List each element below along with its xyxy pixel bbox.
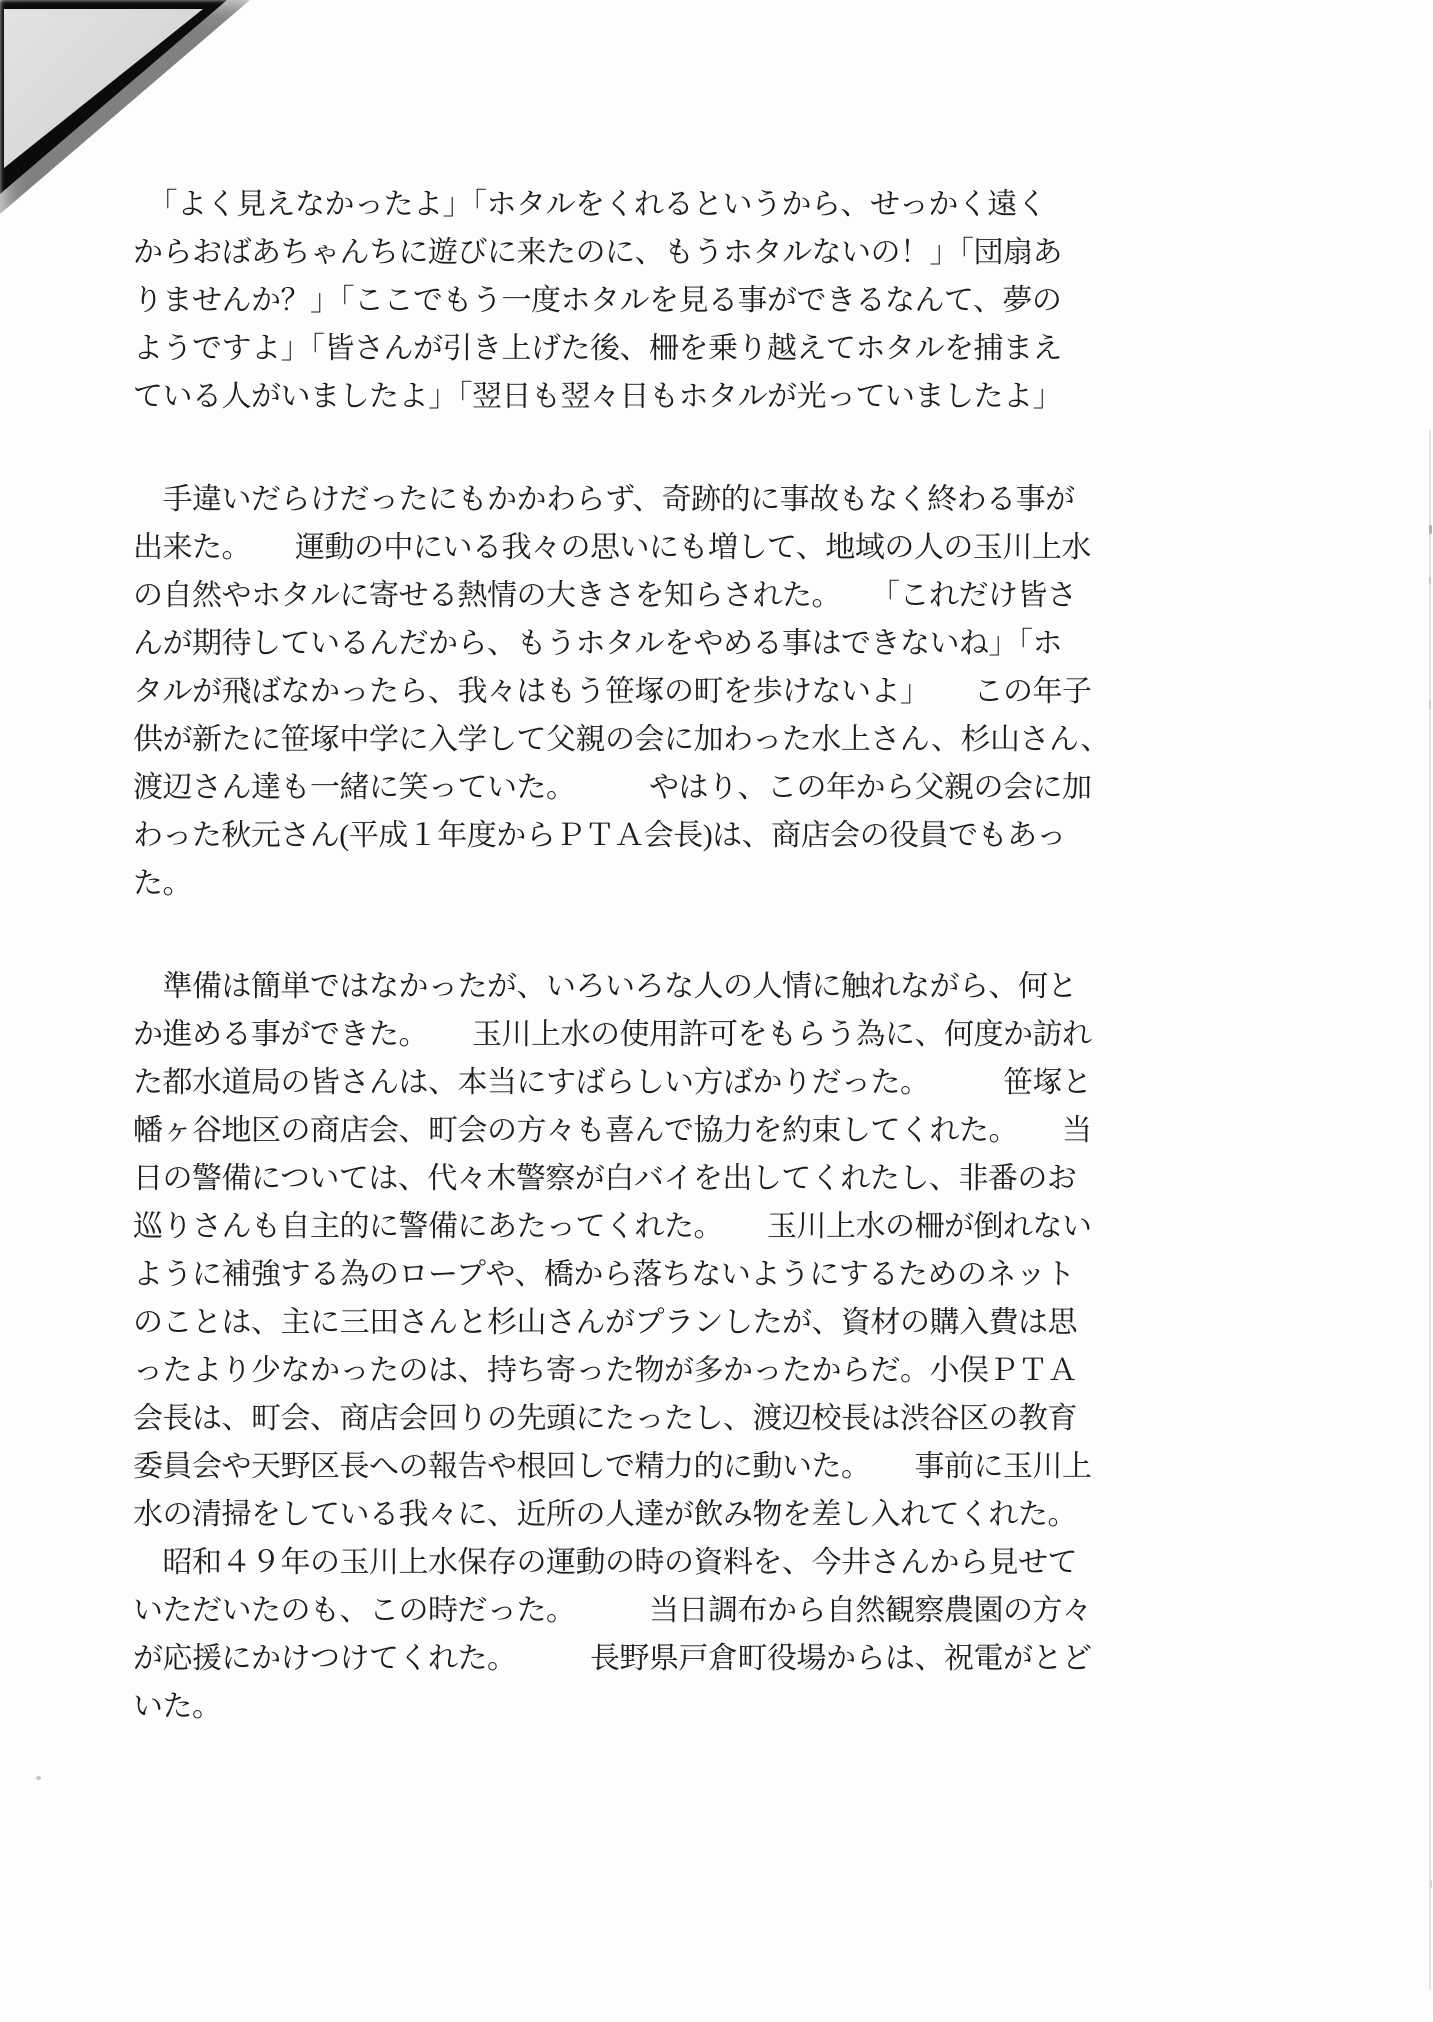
scan-edge-tick <box>1429 700 1431 710</box>
scan-edge-line <box>1429 430 1431 1990</box>
fold-inner-gray-triangle <box>0 0 220 185</box>
document-text-block: 「よく見えなかったよ」「ホタルをくれるというから、せっかく遠く からおばあちゃん… <box>133 181 1213 1731</box>
paragraph-visitor-quotes: 「よく見えなかったよ」「ホタルをくれるというから、せっかく遠く からおばあちゃん… <box>133 181 1213 421</box>
paragraph-preparations: 準備は簡単ではなかったが、いろいろな人の人情に触れながら、何と か進める事ができ… <box>133 963 1213 1731</box>
scanned-page: 「よく見えなかったよ」「ホタルをくれるというから、せっかく遠く からおばあちゃん… <box>0 0 1433 2022</box>
scan-edge-tick <box>1429 577 1431 584</box>
scan-speck <box>36 1776 41 1780</box>
paragraph-event-outcome: 手違いだらけだったにもかかわらず、奇跡的に事故もなく終わる事が 出来た。 運動の… <box>133 476 1213 908</box>
scan-edge-tick <box>1429 525 1432 534</box>
scan-edge-tick <box>1430 1880 1432 1888</box>
fold-dark-triangle <box>0 0 240 210</box>
